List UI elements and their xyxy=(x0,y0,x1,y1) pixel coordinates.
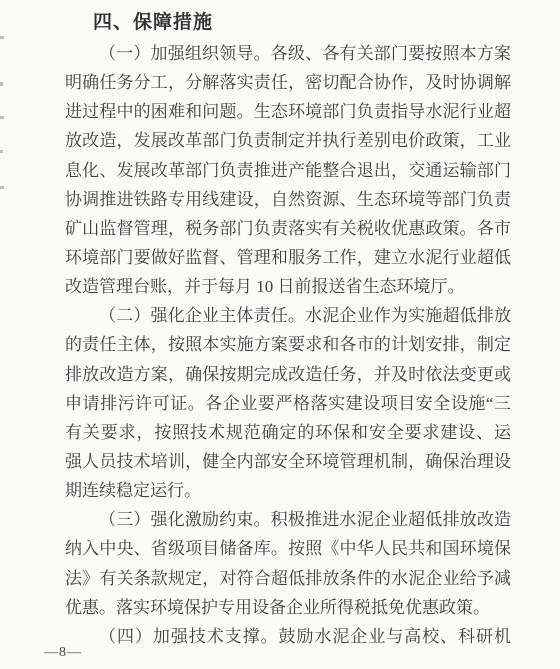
text-line: 协调推进铁路专用线建设，自然资源、生态环境等部门负责绿色 xyxy=(65,185,511,214)
text-line: 环境部门要做好监督、管理和服务工作，建立水泥行业超低排放 xyxy=(65,243,511,272)
text-line: 优惠。落实环境保护专用设备企业所得税抵免优惠政策。 xyxy=(65,593,511,622)
scan-artifact xyxy=(0,36,4,39)
text-line: （一）加强组织领导。各级、各有关部门要按照本方案要求， xyxy=(65,39,511,68)
text-line: 改造管理台账，并于每月 10 日前报送省生态环境厅。 xyxy=(65,272,511,301)
text-line: 放改造，发展改革部门负责制定并执行差别电价政策，工业和信 xyxy=(65,126,511,155)
paragraph: （三）强化激励约束。积极推进水泥企业超低排放改造项目 纳入中央、省级项目储备库。… xyxy=(65,505,511,622)
text-line: 强人员技术培训，健全内部安全环境管理机制，确保治理设施长 xyxy=(65,447,511,476)
text-line: 有关要求，按照技术规范确定的环保和安全要求建设、运行，加 xyxy=(65,418,511,447)
text-line: 矿山监督管理，税务部门负责落实有关税收优惠政策。各市生态 xyxy=(65,214,511,243)
text-line: 的责任主体，按照本实施方案要求和各市的计划安排，制定超低 xyxy=(65,330,511,359)
document-body: （一）加强组织领导。各级、各有关部门要按照本方案要求， 明确任务分工，分解落实责… xyxy=(65,39,511,651)
scan-artifact xyxy=(0,116,4,119)
paragraph: （四）加强技术支撑。鼓励水泥企业与高校、科研机构、环 xyxy=(65,622,511,651)
paragraph: （二）强化企业主体责任。水泥企业作为实施超低排放改造 的责任主体，按照本实施方案… xyxy=(65,301,511,505)
text-line: 纳入中央、省级项目储备库。按照《中华人民共和国环境保护税 xyxy=(65,534,511,563)
text-line: 法》有关条款规定，对符合超低排放条件的水泥企业给予减免税 xyxy=(65,564,511,593)
text-line: （二）强化企业主体责任。水泥企业作为实施超低排放改造 xyxy=(65,301,511,330)
paragraph: （一）加强组织领导。各级、各有关部门要按照本方案要求， 明确任务分工，分解落实责… xyxy=(65,39,511,301)
text-line: 进过程中的困难和问题。生态环境部门负责指导水泥行业超低排 xyxy=(65,97,511,126)
text-line: 期连续稳定运行。 xyxy=(65,476,511,505)
document-page: 四、保障措施 （一）加强组织领导。各级、各有关部门要按照本方案要求， 明确任务分… xyxy=(0,0,560,669)
scan-artifact xyxy=(0,150,3,153)
text-line: 排放改造方案，确保按期完成改造任务，并及时依法变更或重新 xyxy=(65,360,511,389)
text-line: 申请排污许可证。各企业要严格落实建设项目安全设施“三同时” xyxy=(65,389,511,418)
scan-artifact xyxy=(0,82,3,86)
section-heading: 四、保障措施 xyxy=(93,11,213,34)
scan-artifact xyxy=(0,186,4,189)
page-number: —8— xyxy=(44,644,82,662)
text-line: 明确任务分工，分解落实责任，密切配合协作，及时协调解决推 xyxy=(65,68,511,97)
text-line: 息化、发展改革部门负责推进产能整合退出，交通运输部门负责 xyxy=(65,156,511,185)
text-line: （三）强化激励约束。积极推进水泥企业超低排放改造项目 xyxy=(65,505,511,534)
text-line: （四）加强技术支撑。鼓励水泥企业与高校、科研机构、环 xyxy=(65,622,511,651)
